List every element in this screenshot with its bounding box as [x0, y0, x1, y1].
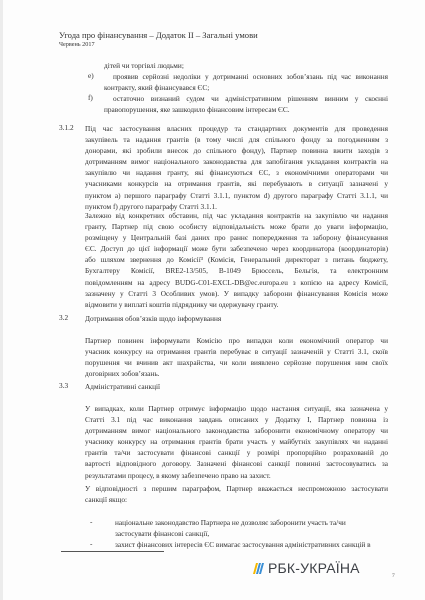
rbc-ukraine-logo: РБК-УКРАЇНА — [253, 560, 360, 576]
section-title: Дотримання обов’язків щодо інформування — [85, 313, 388, 324]
section-number-3-2: 3.2 — [59, 313, 68, 322]
list-item-e: проявив серйозні недоліки у дотриманні о… — [104, 71, 388, 93]
text-line: проявив серйозні недоліки у дотриманні о… — [104, 71, 388, 82]
text-line: договірних зобов’язань. — [85, 368, 388, 379]
page-number: 7 — [392, 573, 395, 579]
document-header-date: Червень 2017 — [59, 41, 95, 48]
list-continuation-text: дітей чи торгівлі людьми; — [104, 60, 388, 71]
text-line: дотриманням вимог національного законода… — [85, 156, 388, 167]
text-line: Партнер повинен інформувати Комісію про … — [85, 335, 388, 346]
text-line: зазначену у Статті 3 Особливих умов). У … — [85, 288, 388, 299]
section-title: Адміністративні санкції — [85, 381, 388, 392]
text-line: учаснику конкурсу на отримання грантів б… — [85, 436, 388, 447]
text-line: застосувати фінансові санкції, — [115, 528, 355, 539]
section-3-2-paragraph: Партнер повинен інформувати Комісію про … — [85, 335, 388, 379]
text-line: правопорушення, яке зашкодило фінансовим… — [104, 104, 388, 115]
section-number-3-3: 3.3 — [59, 381, 68, 390]
text-line: остаточно визнаний судом чи адміністрати… — [104, 93, 388, 104]
text-line: закупівлю чи надання гранту, які фінансу… — [85, 167, 388, 178]
text-line: результатами процесу, в якому забезпечен… — [85, 470, 388, 481]
text-line: ЄС. Доступ до цієї інформації може бути … — [85, 243, 388, 254]
text-line: або шляхом звернення до Комісії³ (Комісі… — [85, 254, 388, 265]
footnote-divider — [61, 551, 164, 552]
text-line: дітей чи торгівлі людьми; — [104, 60, 388, 71]
text-line: донорами, які зробили внесок до спільног… — [85, 145, 388, 156]
text-line: гранту, Партнер під свою особисту відпов… — [85, 221, 388, 232]
document-header-title: Угода про фінансування – Додаток II – За… — [59, 30, 258, 40]
text-line: Під час застосування власних процедур та… — [85, 123, 388, 134]
text-line: У випадках, коли Партнер отримує інформа… — [85, 403, 388, 414]
logo-text: РБК-УКРАЇНА — [268, 560, 360, 576]
section-3-3-paragraph-1: У випадках, коли Партнер отримує інформа… — [85, 403, 388, 481]
text-line: Залежно від конкретних обставин, під час… — [85, 210, 388, 221]
list-marker-e: e) — [88, 71, 94, 80]
bullet-item: захист фінансових інтересів ЄС вимагає з… — [115, 539, 388, 550]
list-marker-f: f) — [88, 93, 93, 102]
scan-edge — [0, 0, 3, 600]
text-line: національне законодавство Партнера не до… — [115, 517, 355, 528]
text-line: учасниками конкурсів на отримання гранті… — [85, 178, 388, 189]
document-page: Угода про фінансування – Додаток II – За… — [0, 0, 425, 600]
text-line: учасник конкурсу на отримання грантів пе… — [85, 346, 388, 357]
bullet-marker: - — [90, 539, 92, 548]
section-3-1-2-paragraph-2: Залежно від конкретних обставин, під час… — [85, 210, 388, 310]
text-line: повідомленням на адресу BUDG-C01-EXCL-DB… — [85, 277, 388, 288]
text-line: дотриманням вимог національного законода… — [85, 425, 388, 436]
text-line: захист фінансових інтересів ЄС вимагає з… — [115, 539, 388, 550]
section-3-3-title: Адміністративні санкції — [85, 381, 388, 392]
rbc-logo-mark-icon — [253, 563, 264, 574]
text-line: контракту, який фінансувався ЄС; — [104, 82, 388, 93]
section-number-3-1-2: 3.1.2 — [59, 123, 74, 132]
text-line: санкції якщо: — [85, 494, 388, 505]
text-line: пунктом а) першого параграфу Статті 3.1.… — [85, 190, 388, 201]
text-line: закупівель та надання грантів (в тому чи… — [85, 134, 388, 145]
bullet-marker: - — [90, 517, 92, 526]
text-line: відмовити у виплаті коштів підряднику чи… — [85, 299, 388, 310]
text-line: Бухгалтеру Комісії, BRE2-13/505, B-1049 … — [85, 265, 388, 276]
list-item-f: остаточно визнаний судом чи адміністрати… — [104, 93, 388, 115]
section-3-2-title: Дотримання обов’язків щодо інформування — [85, 313, 388, 324]
bullet-item: національне законодавство Партнера не до… — [115, 517, 355, 539]
text-line: вартості відповідного договору. Зазначен… — [85, 458, 388, 469]
text-line: порушення чи вчинив акт шахрайства, чи к… — [85, 357, 388, 368]
text-line: грантів та/чи застосувати фінансові санк… — [85, 447, 388, 458]
section-3-1-2-paragraph-1: Під час застосування власних процедур та… — [85, 123, 388, 212]
section-3-3-paragraph-2: У відповідності з першим параграфом, Пар… — [85, 483, 388, 505]
text-line: У відповідності з першим параграфом, Пар… — [85, 483, 388, 494]
text-line: розміщену у Центральній базі даних про р… — [85, 232, 388, 243]
text-line: Статті 3.1 під час виконання завдань опи… — [85, 414, 388, 425]
